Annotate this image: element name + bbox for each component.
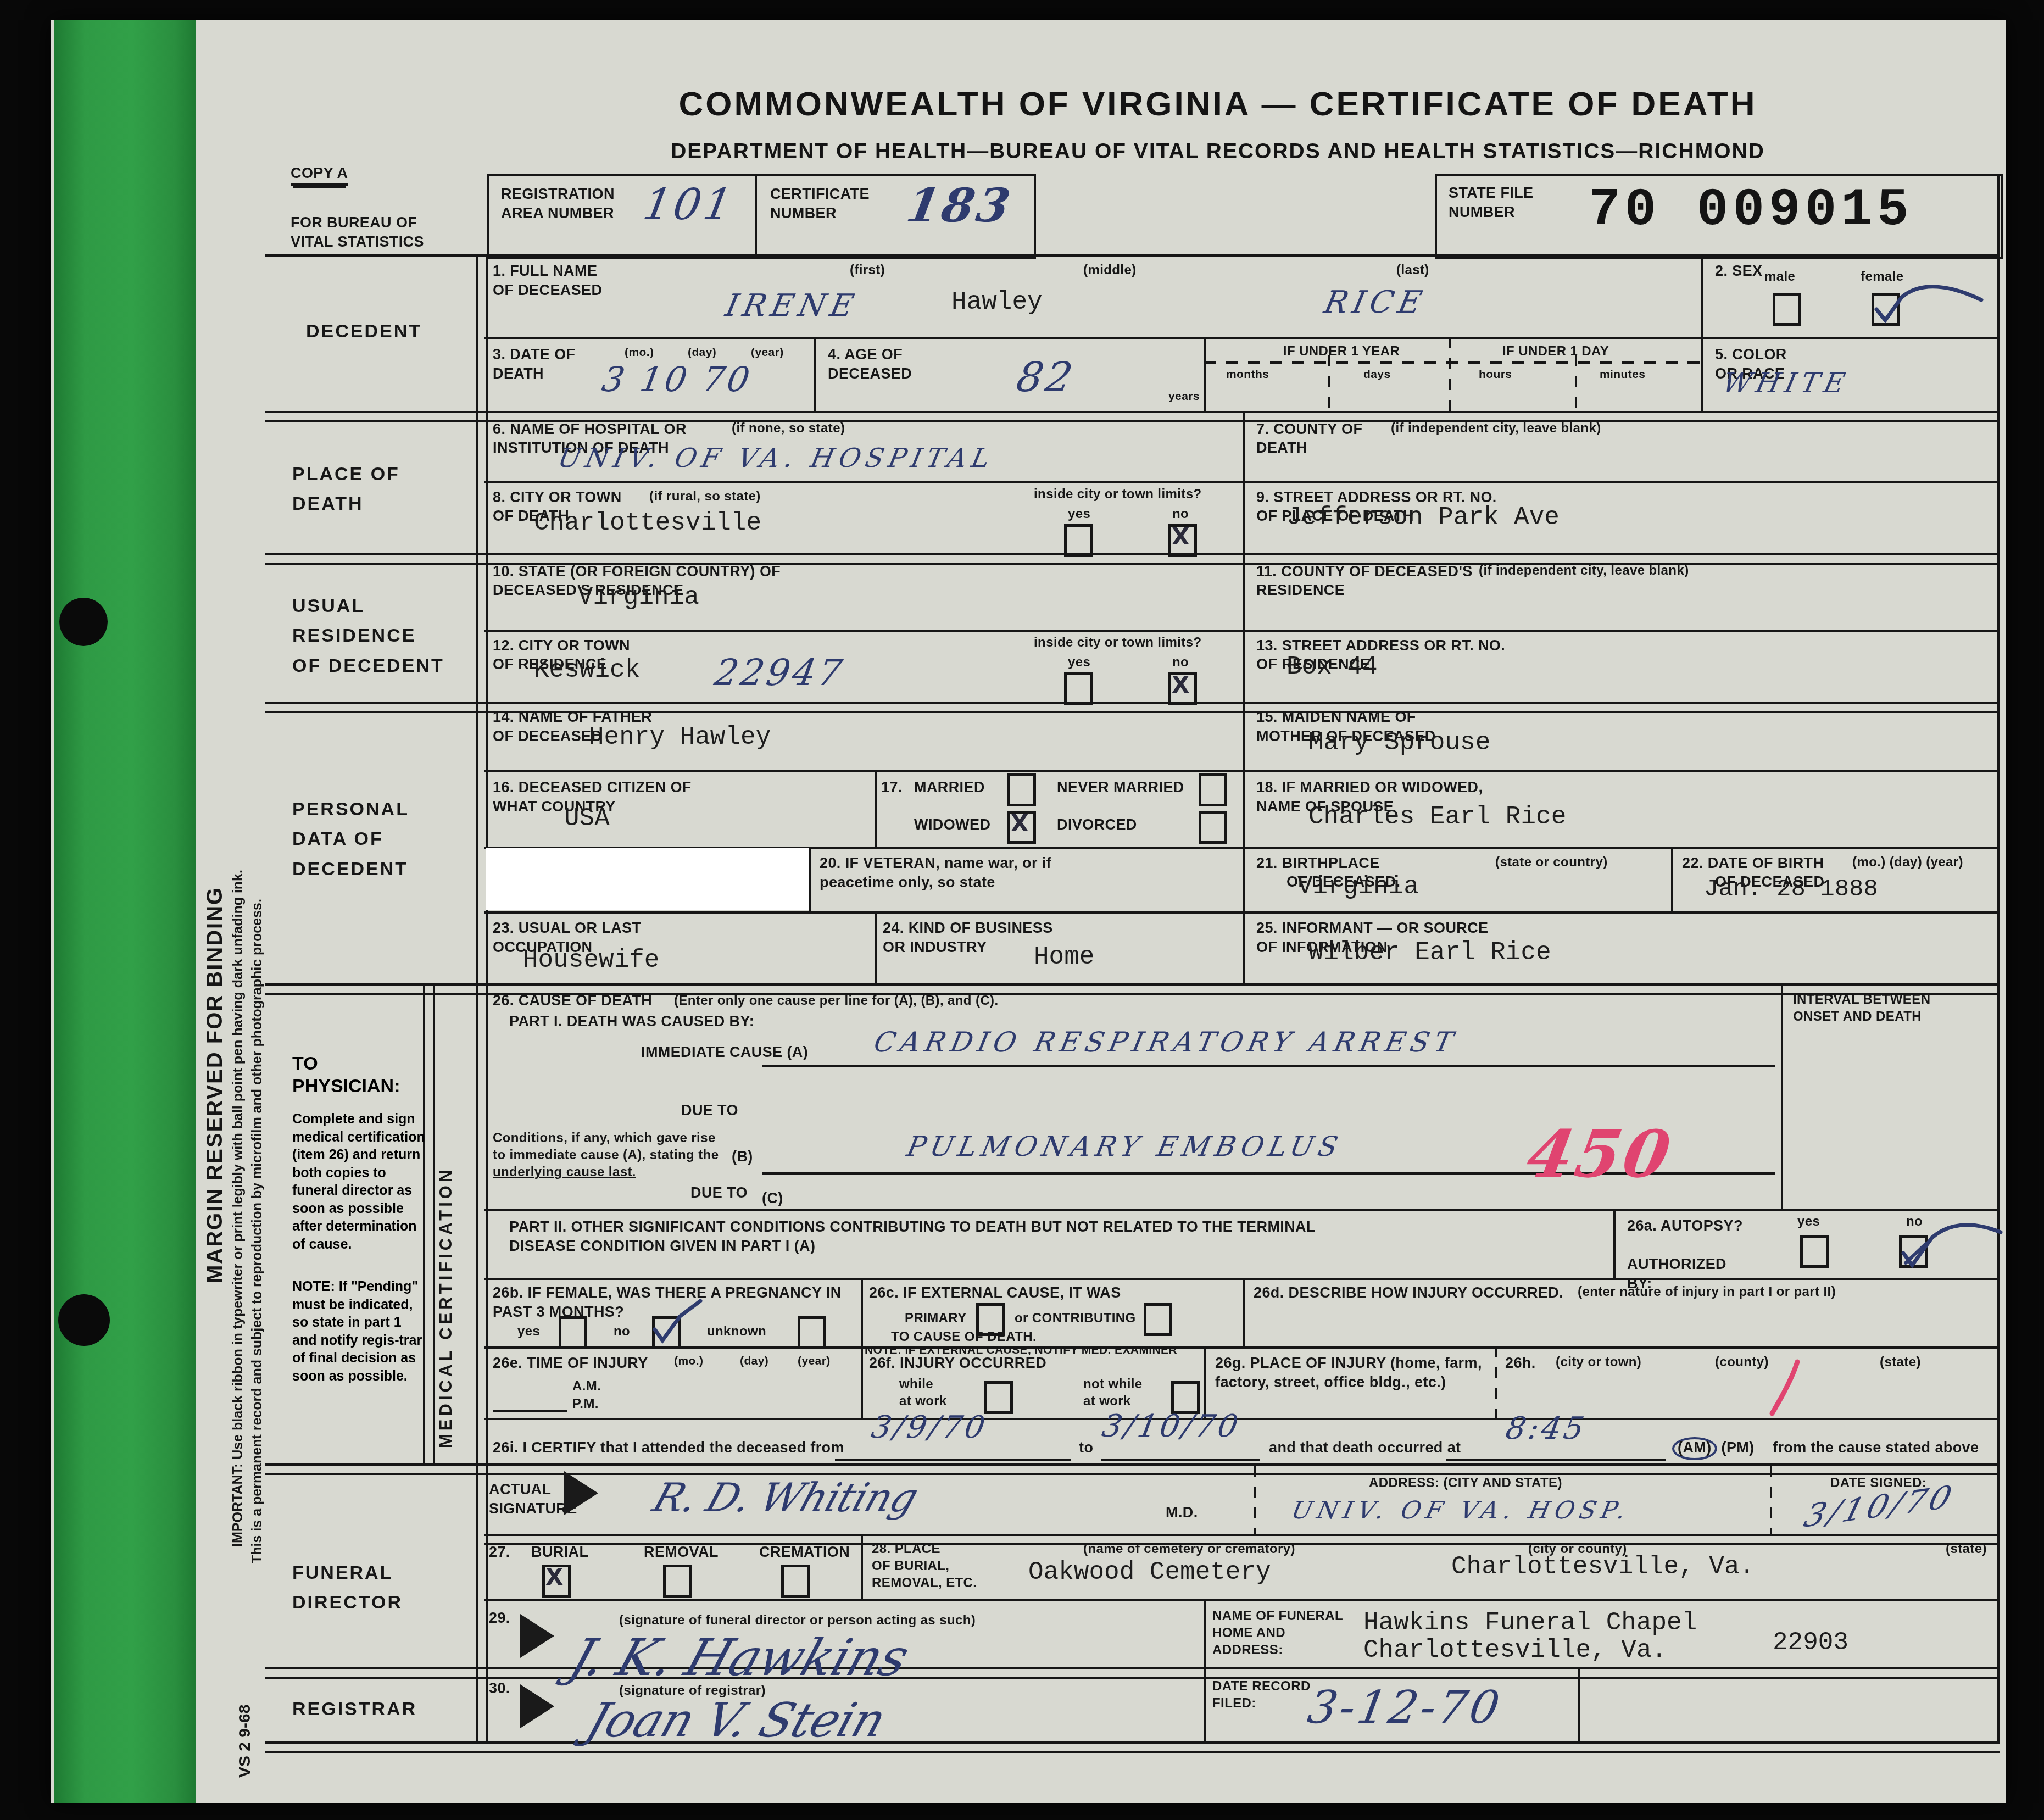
field-6-hint: (if none, so state) [732, 420, 845, 437]
married-label: MARRIED [914, 778, 985, 797]
months-label: months [1226, 367, 1269, 382]
margin-important-text: IMPORTANT: Use black ribbon in typewrite… [230, 256, 246, 1547]
injury-day-hint: (day) [740, 1354, 768, 1368]
pm-label: P.M. [572, 1395, 599, 1412]
cremation-checkbox [781, 1565, 810, 1598]
section-decedent: DECEDENT [306, 316, 422, 346]
physician-address: Univ. of Va. Hosp. [1289, 1496, 1633, 1524]
to-physician-title: TO PHYSICIAN: [292, 1053, 430, 1098]
field-11-hint: (if independent city, leave blank) [1479, 562, 1689, 579]
address-label: ADDRESS: (CITY AND STATE) [1369, 1474, 1562, 1491]
field-11-label2: RESIDENCE [1256, 581, 1345, 600]
limits-no-checkbox-1: X [1168, 524, 1197, 557]
section-personal-data: PERSONAL DATA OF DECEDENT [292, 794, 409, 884]
field-22-label: 22. DATE OF BIRTH [1682, 854, 1824, 873]
limits-no-checkbox-2: X [1168, 672, 1197, 705]
never-married-label: NEVER MARRIED [1057, 778, 1184, 797]
field-27-label: 27. [489, 1543, 510, 1562]
section-funeral-director: FUNERAL DIRECTOR [292, 1558, 403, 1618]
field-8-label: 8. CITY OR TOWN [493, 488, 622, 507]
years-label: years [1168, 389, 1200, 404]
removal-label: REMOVAL [644, 1543, 719, 1562]
field-26e-label: 26e. TIME OF INJURY [493, 1354, 648, 1373]
due-to-1: DUE TO [681, 1101, 738, 1120]
injury-mo-hint: (mo.) [674, 1354, 703, 1368]
pregnancy-yes-checkbox [559, 1316, 587, 1349]
line-b-label: (B) [732, 1147, 753, 1166]
state-file-label: STATE FILE NUMBER [1449, 183, 1534, 222]
certify-to-word: to [1079, 1438, 1093, 1457]
widowed-label: WIDOWED [914, 815, 990, 834]
contributing-checkbox [1144, 1303, 1172, 1336]
redacted-area [486, 848, 809, 910]
certify-pre: 26i. I CERTIFY that I attended the decea… [493, 1438, 844, 1457]
business-value: Home [1034, 943, 1094, 971]
cert-number-label: CERTIFICATE NUMBER [770, 185, 870, 223]
date-filed-value: 3-12-70 [1304, 1682, 1506, 1734]
limits-yes-2: yes [1068, 654, 1090, 671]
contributing-label: or CONTRIBUTING [1015, 1310, 1136, 1327]
name-first-value: Irene [722, 288, 862, 324]
field-26g-label: 26g. PLACE OF INJURY (home, farm, factor… [1215, 1354, 1482, 1392]
last-hint: (last) [1396, 261, 1429, 279]
city-of-death-value: Charlottesville [534, 509, 761, 537]
field-26d-label: 26d. DESCRIBE HOW INJURY OCCURRED. [1254, 1283, 1563, 1303]
burial-state-hint: (state) [1946, 1540, 1987, 1557]
scanned-death-certificate: { "colors": {"paper":"#d8d9d1","binding_… [0, 0, 2044, 1820]
arrow-icon-signature [564, 1471, 598, 1515]
pregnancy-unknown-label: unknown [707, 1323, 766, 1340]
cert-number-value: 183 [903, 178, 1017, 232]
cause-b-value: Pulmonary Embolus [904, 1131, 1346, 1162]
limits-label-2: inside city or town limits? [1034, 634, 1202, 651]
primary-label: PRIMARY [905, 1310, 967, 1327]
section-usual-residence: USUAL RESIDENCE OF DECEDENT [292, 591, 444, 681]
line-c-label: (C) [762, 1189, 783, 1208]
field-28-label: 28. PLACE OF BURIAL, REMOVAL, ETC. [872, 1540, 977, 1592]
burial-label: BURIAL [531, 1543, 588, 1562]
to-physician-note: NOTE: If "Pending" must be indicated, so… [292, 1278, 427, 1385]
funeral-home-line2: Charlottesville, Va. [1363, 1636, 1667, 1665]
cemetery-hint: (name of cemetery or crematory) [1083, 1540, 1295, 1557]
dob-value: Jan. 28 1888 [1704, 876, 1878, 903]
immediate-cause-label: IMMEDIATE CAUSE (A) [641, 1043, 808, 1062]
autopsy-yes-label: yes [1797, 1213, 1820, 1230]
field-30-label: 30. [489, 1679, 510, 1698]
hours-label: hours [1479, 367, 1512, 382]
reg-area-value: 101 [639, 180, 738, 230]
bureau-label: FOR BUREAU OF VITAL STATISTICS [291, 213, 424, 252]
birthplace-value: Virginia [1297, 872, 1419, 901]
md-label: M.D. [1166, 1503, 1198, 1522]
field-26a-label: 26a. AUTOPSY? [1627, 1216, 1743, 1235]
field-26h-label: 26h. [1505, 1354, 1536, 1373]
state-file-value: 70 009015 [1589, 180, 1913, 240]
funeral-home-line1: Hawkins Funeral Chapel [1363, 1608, 1697, 1637]
limits-label-1: inside city or town limits? [1034, 486, 1202, 503]
field-29-label: 29. [489, 1608, 510, 1628]
while-at-work-checkbox [984, 1381, 1013, 1414]
date-of-death-value: 3 10 70 [599, 359, 756, 399]
date-filed-label: DATE RECORD FILED: [1212, 1678, 1311, 1712]
conditions-text-2: underlying cause last. [493, 1164, 636, 1181]
limits-yes-checkbox-2 [1064, 672, 1093, 705]
minutes-label: minutes [1600, 367, 1645, 382]
name-last-value: Rice [1321, 285, 1430, 320]
pm-option: (PM) [1721, 1439, 1754, 1456]
field-20-label: 20. IF VETERAN, name war, or if peacetim… [820, 854, 1051, 892]
margin-binding-text: MARGIN RESERVED FOR BINDING [203, 514, 227, 1283]
field-12-label: 12. CITY OR TOWN [493, 636, 630, 655]
spouse-value: Charles Earl Rice [1308, 803, 1566, 831]
punch-hole-top [59, 598, 108, 646]
am-circled: (AM) [1672, 1437, 1717, 1460]
registrar-signature: Joan V. Stein [580, 1693, 893, 1748]
limits-yes-checkbox-1 [1064, 524, 1093, 557]
red-code-value: 450 [1522, 1116, 1679, 1192]
copy-label: COPY A [291, 165, 348, 186]
field-26-label: 26. CAUSE OF DEATH [493, 991, 652, 1010]
field-6-label: 6. NAME OF HOSPITAL OR [493, 420, 687, 439]
mother-value: Mary Sprouse [1308, 728, 1490, 757]
pen-check-female-icon [1869, 275, 1990, 336]
field-24-label: 24. KIND OF BUSINESS OR INDUSTRY [883, 919, 1053, 957]
field-26f-label: 26f. INJURY OCCURRED [869, 1354, 1046, 1373]
certify-mid: and that death occurred at [1269, 1438, 1461, 1457]
state-residence-value: Virginia [578, 583, 699, 611]
to-physician-body: Complete and sign medical certification … [292, 1110, 427, 1253]
occupation-value: Housewife [523, 946, 659, 975]
part2-label: PART II. OTHER SIGNIFICANT CONDITIONS CO… [509, 1217, 1316, 1256]
field-8-hint: (if rural, so state) [649, 488, 761, 505]
limits-no-1: no [1172, 505, 1189, 522]
conditions-text-1: Conditions, if any, which gave rise to i… [493, 1129, 719, 1164]
physician-signature: R. D. Whiting [647, 1474, 923, 1521]
due-to-2: DUE TO [690, 1183, 748, 1203]
reg-area-label: REGISTRATION AREA NUMBER [501, 185, 615, 223]
cemetery-value: Oakwood Cemetery [1028, 1558, 1271, 1587]
certificate-page: MARGIN RESERVED FOR BINDING IMPORTANT: U… [51, 20, 2006, 1803]
funeral-home-label: NAME OF FUNERAL HOME AND ADDRESS: [1212, 1607, 1343, 1659]
while-at-work-label: while at work [899, 1376, 947, 1410]
color-race-value: White [1720, 367, 1853, 399]
form-code: VS 2 9-68 [236, 1613, 254, 1778]
pregnancy-unknown-checkbox [798, 1316, 826, 1349]
medical-certification-label: MEDICAL CERTIFICATION [436, 1003, 456, 1448]
page-subtitle: DEPARTMENT OF HEALTH—BUREAU OF VITAL REC… [578, 140, 1858, 164]
field-7-label: 7. COUNTY OF [1256, 420, 1362, 439]
field-7-hint: (if independent city, leave blank) [1391, 420, 1601, 437]
citizen-value: USA [564, 804, 610, 833]
burial-checkbox: X [542, 1565, 571, 1598]
certify-post: from the cause stated above [1773, 1438, 1979, 1457]
red-slash-icon [1764, 1357, 1808, 1418]
funeral-home-zip: 22903 [1773, 1628, 1848, 1657]
father-value: Henry Hawley [589, 723, 771, 752]
limits-yes-1: yes [1068, 505, 1090, 522]
married-checkbox [1007, 773, 1036, 806]
field-2-label: 2. SEX [1715, 261, 1762, 281]
pen-check-autopsy-icon [1893, 1215, 2003, 1275]
page-title: COMMONWEALTH OF VIRGINIA — CERTIFICATE O… [578, 85, 1858, 124]
removal-checkbox [663, 1565, 692, 1598]
punch-hole-bottom [58, 1294, 110, 1346]
mo-hint: (mo.) [625, 345, 654, 360]
funeral-director-signature: J. K. Hawkins [563, 1628, 916, 1687]
divorced-checkbox [1199, 811, 1227, 844]
field-1-label: 1. FULL NAME OF DECEASED [493, 261, 602, 300]
field-21-label: 21. BIRTHPLACE [1256, 854, 1380, 873]
under-1-day-label: IF UNDER 1 DAY [1457, 343, 1655, 360]
year-hint: (year) [751, 345, 784, 360]
hospital-value: Univ. of Va. Hospital [555, 443, 998, 474]
field-7-label2: DEATH [1256, 438, 1307, 458]
male-checkbox [1773, 293, 1801, 326]
margin-permanent-text: This is a permanent record and subject t… [249, 327, 265, 1563]
field-21-hint: (state or country) [1495, 854, 1608, 871]
field-26-hint: (Enter only one cause per line for (A), … [674, 992, 999, 1009]
burial-city-value: Charlottesville, Va. [1451, 1552, 1755, 1581]
day-hint: (day) [688, 345, 716, 360]
first-hint: (first) [850, 261, 885, 279]
interval-label: INTERVAL BETWEEN ONSET AND DEATH [1793, 991, 1930, 1025]
cremation-label: CREMATION [759, 1543, 850, 1562]
name-middle-value: Hawley [951, 288, 1043, 316]
autopsy-yes-checkbox [1800, 1235, 1829, 1268]
attended-to-value: 3/10/70 [1099, 1409, 1243, 1444]
injury-state-hint: (state) [1880, 1354, 1921, 1371]
field-11-label: 11. COUNTY OF DECEASED'S [1256, 562, 1473, 581]
not-while-at-work-label: not while at work [1083, 1376, 1143, 1410]
city-residence-value: Keswick [534, 656, 640, 684]
field-17-label: 17. [881, 778, 903, 797]
injury-year-hint: (year) [798, 1354, 831, 1368]
divorced-label: DIVORCED [1057, 815, 1137, 834]
zip-value: 22947 [711, 652, 848, 694]
injury-city-hint: (city or town) [1556, 1354, 1641, 1371]
part1-label: PART I. DEATH WAS CAUSED BY: [509, 1012, 754, 1031]
field-22-hint: (mo.) (day) (year) [1852, 854, 1963, 871]
injury-county-hint: (county) [1715, 1354, 1769, 1371]
attended-from-value: 3/9/70 [868, 1410, 990, 1445]
days-label: days [1363, 367, 1390, 382]
am-label: A.M. [572, 1378, 601, 1395]
field-10-label: 10. STATE (OR FOREIGN COUNTRY) OF [493, 562, 781, 581]
section-registrar: REGISTRAR [292, 1694, 417, 1724]
under-1-year-label: IF UNDER 1 YEAR [1245, 343, 1438, 360]
binding-stripe [54, 20, 196, 1803]
age-value: 82 [1013, 354, 1078, 401]
section-place-of-death: PLACE OF DEATH [292, 459, 400, 519]
field-26c-label: 26c. IF EXTERNAL CAUSE, IT WAS [869, 1283, 1121, 1303]
death-time-value: 8:45 [1503, 1411, 1589, 1446]
street-of-death-value: Jefferson Park Ave [1286, 503, 1560, 532]
funeral-director-sig-hint: (signature of funeral director or person… [619, 1612, 976, 1629]
middle-hint: (middle) [1083, 261, 1137, 279]
field-26d-hint: (enter nature of injury in part I or par… [1578, 1283, 1836, 1300]
field-4-label: 4. AGE OF DECEASED [828, 345, 912, 383]
cause-a-value: Cardio Respiratory Arrest [871, 1026, 1461, 1058]
male-label: male [1764, 268, 1795, 285]
widowed-checkbox: X [1007, 811, 1036, 844]
limits-no-2: no [1172, 654, 1189, 671]
field-3-label: 3. DATE OF DEATH [493, 345, 576, 383]
informant-value: Wilber Earl Rice [1308, 938, 1551, 967]
arrow-icon-30 [520, 1684, 554, 1728]
arrow-icon-29 [520, 1614, 554, 1658]
pregnancy-yes-label: yes [517, 1323, 540, 1340]
never-married-checkbox [1199, 773, 1227, 806]
pregnancy-no-label: no [614, 1323, 630, 1340]
street-residence-value: Box 44 [1286, 653, 1378, 681]
